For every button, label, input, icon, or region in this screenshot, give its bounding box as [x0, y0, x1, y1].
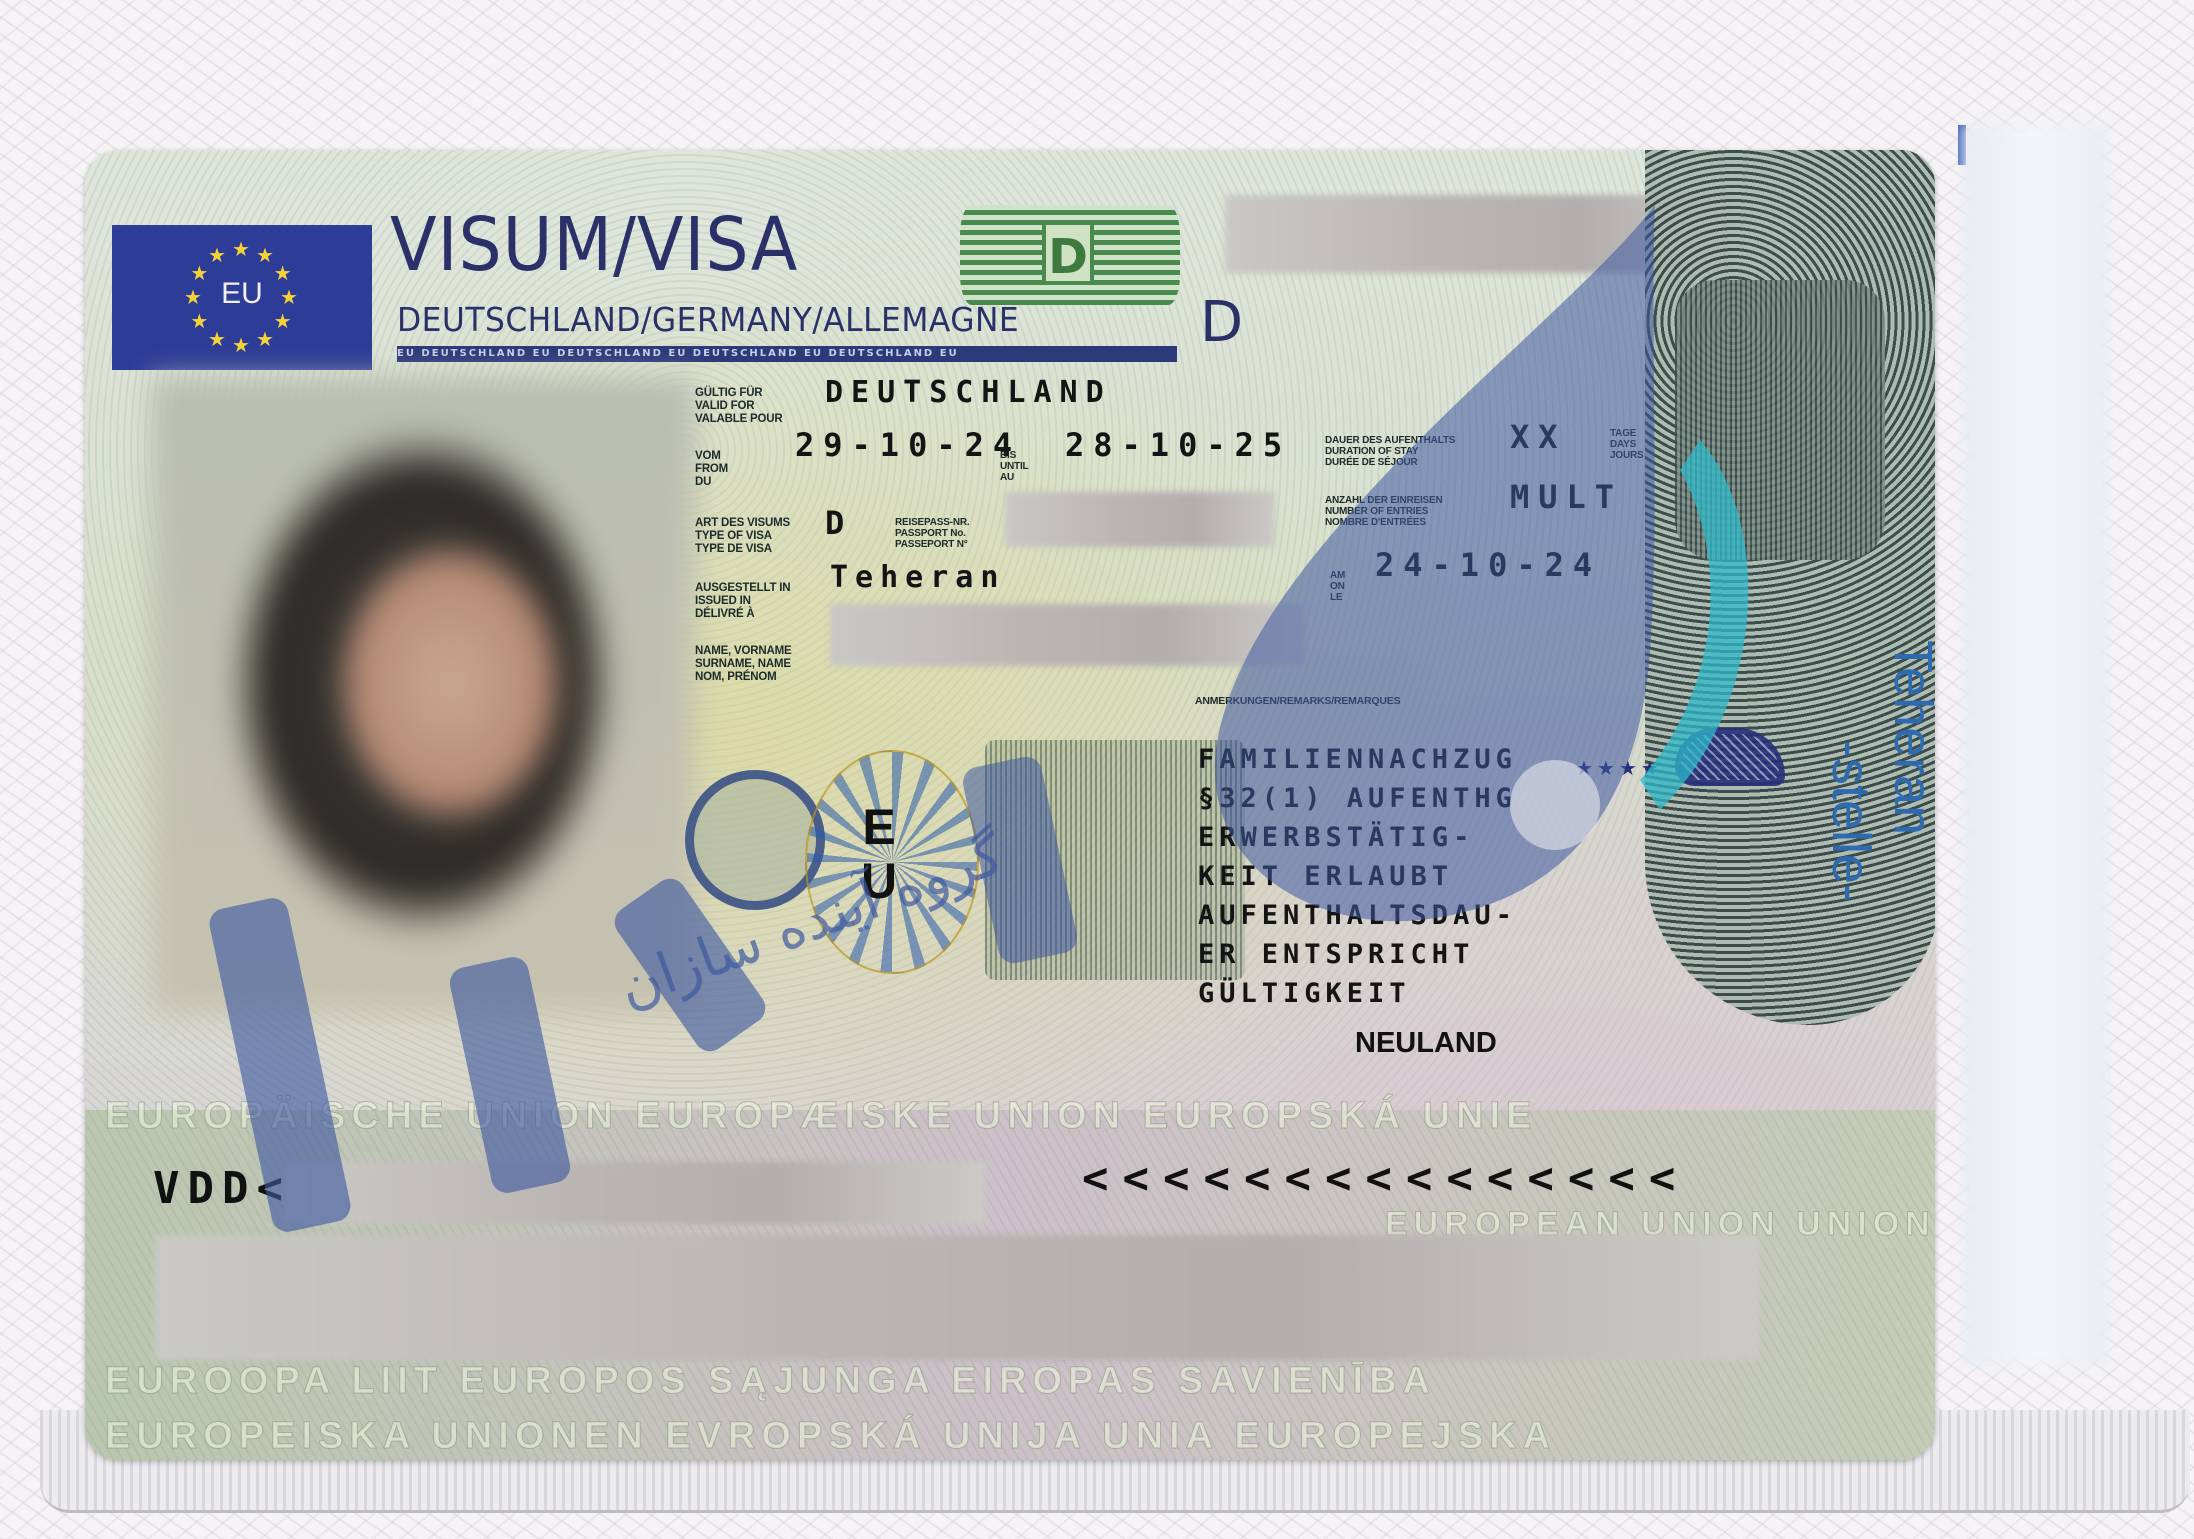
redacted-mrz-line-2 [155, 1235, 1760, 1360]
issuing-country-line: DEUTSCHLAND/GERMANY/ALLEMAGNE [397, 300, 1019, 339]
background-union-text: EUROPEISKA UNIONEN EVROPSKÁ UNIJA UNIA E… [105, 1415, 1556, 1458]
visa-title: VISUM/VISA [390, 202, 798, 288]
issuer-code: NEULAND [1355, 1027, 1497, 1060]
category-d-wave-emblem: D [960, 205, 1180, 305]
eu-star-icon: ★ [274, 311, 292, 331]
remark-line: FAMILIENNACHZUG [1198, 740, 1517, 779]
label-entries: ANZAHL DER EINREISEN NUMBER OF ENTRIES N… [1325, 495, 1443, 528]
eu-star-icon: ★ [190, 311, 208, 331]
label-valid-for: GÜLTIG FÜR VALID FOR VALABLE POUR [695, 387, 782, 426]
duration-unit: TAGE DAYS JOURS [1610, 428, 1643, 461]
remark-line: ER ENTSPRICHT [1198, 935, 1517, 974]
eu-star-icon: ★ [232, 239, 250, 259]
redacted-holder-name [830, 604, 1305, 666]
value-issued-on: 24-10-24 [1375, 546, 1601, 584]
label-duration: DAUER DES AUFENTHALTS DURATION OF STAY D… [1325, 435, 1455, 468]
visa-category-letter: D [1200, 290, 1243, 355]
value-from: 29-10-24 [795, 426, 1021, 464]
label-from: VOM FROM DU [695, 450, 728, 489]
value-entries: MULT [1510, 478, 1623, 516]
remarks-block: FAMILIENNACHZUG§32(1) AUFENTHGERWERBSTÄT… [1198, 740, 1517, 1013]
microprint-band: EU DEUTSCHLAND EU DEUTSCHLAND EU DEUTSCH… [397, 346, 1177, 362]
label-until: BIS UNTIL AU [1000, 450, 1028, 483]
remark-line: AUFENTHALTSDAU- [1198, 896, 1517, 935]
eu-hologram: EU [685, 730, 1245, 1000]
redacted-mrz-line-1 [285, 1162, 985, 1224]
redacted-facing-page-strip [1963, 125, 2108, 1365]
remark-line: ERWERBSTÄTIG- [1198, 818, 1517, 857]
redacted-passport-no [1005, 492, 1275, 547]
remark-line: §32(1) AUFENTHG [1198, 779, 1517, 818]
eu-flag: ★★★★★★★★★★★★ EU [112, 225, 372, 370]
stamp-text-city: Teheran [1885, 640, 1935, 835]
optically-variable-window [1675, 280, 1885, 560]
value-until: 28-10-25 [1065, 426, 1291, 464]
label-passport-no: REISEPASS-NR. PASSPORT No. PASSEPORT N° [895, 517, 969, 550]
remark-line: GÜLTIGKEIT [1198, 974, 1517, 1013]
remarks-label: ANMERKUNGEN/REMARKS/REMARQUES [1195, 695, 1400, 708]
value-issued-in: Teheran [830, 560, 1005, 595]
value-valid-for: DEUTSCHLAND [825, 375, 1112, 410]
eu-star-icon: ★ [232, 335, 250, 355]
mrz-line-1-filler: <<<<<<<<<<<<<<< [1082, 1153, 1689, 1204]
value-visa-type: D [825, 504, 853, 542]
background-union-text: EUROPÄISCHE UNION EUROPÆISKE UNION EUROP… [105, 1095, 1537, 1138]
label-issued-in: AUSGESTELLT IN ISSUED IN DÉLIVRÉ À [695, 582, 790, 621]
hologram-eu-label: EU [861, 800, 897, 908]
label-name: NAME, VORNAME SURNAME, NAME NOM, PRÉNOM [695, 645, 791, 684]
label-issued-on: AM ON LE [1330, 570, 1345, 603]
hologram-ring-icon [685, 770, 825, 910]
eu-star-icon: ★ [208, 245, 226, 265]
visa-sticker: EUROPÄISCHE UNION EUROPÆISKE UNION EUROP… [85, 150, 1935, 1460]
eu-star-icon: ★ [208, 329, 226, 349]
background-union-text: EUROOPA LIIT EUROPOS SĄJUNGA EIROPAS SAV… [105, 1360, 1436, 1403]
eu-star-icon: ★ [256, 329, 274, 349]
eu-flag-label: EU [112, 277, 372, 311]
category-watermark-letter: D [1042, 221, 1094, 285]
value-duration: XX [1510, 418, 1567, 456]
stamp-text-office: -stelle- [1820, 740, 1882, 902]
label-visa-type: ART DES VISUMS TYPE OF VISA TYPE DE VISA [695, 517, 790, 556]
holder-photo-blurred [152, 378, 694, 1013]
eu-star-icon: ★ [256, 245, 274, 265]
remark-line: KEIT ERLAUBT [1198, 857, 1517, 896]
